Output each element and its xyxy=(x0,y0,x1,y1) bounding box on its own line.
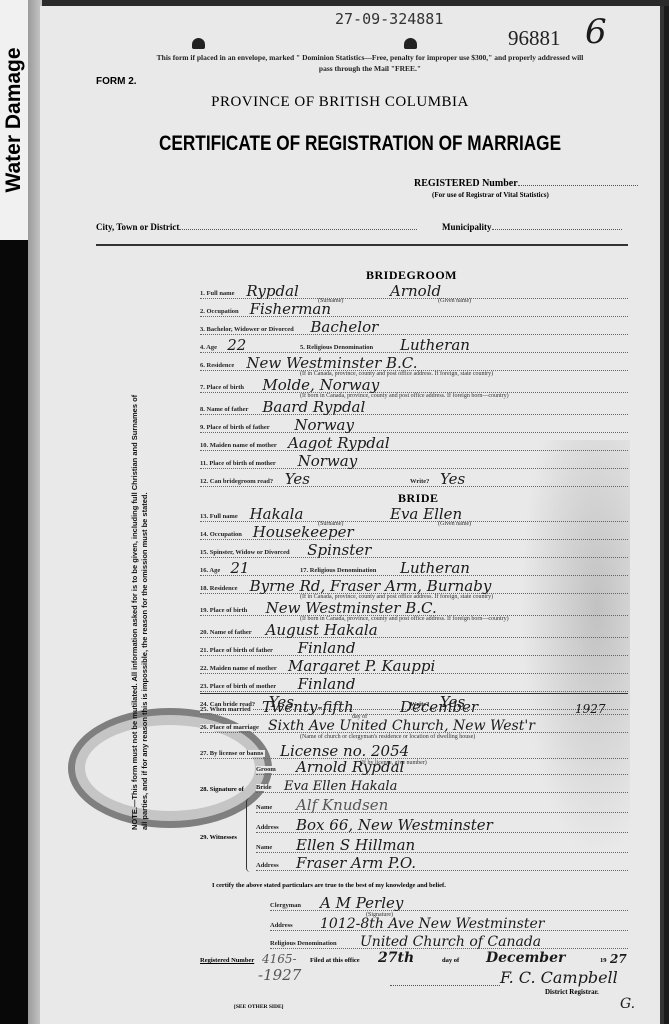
field-value: Baard Rypdal xyxy=(262,398,365,416)
punch-hole-icon xyxy=(192,38,205,49)
bridegroom-field-row: 6. ResidenceNew Westminster B.C.(If in C… xyxy=(200,356,628,371)
bride-signature-row: Bride Eva Ellen Hakala xyxy=(256,778,628,793)
when-day: Twenty-fifth xyxy=(262,698,354,716)
place-of-marriage: Sixth Ave United Church, New West'r xyxy=(268,718,535,734)
certificate-title: CERTIFICATE OF REGISTRATION OF MARRIAGE xyxy=(155,132,565,156)
bridegroom-field-row: 1. Full nameRypdalArnold(Surname)(Given … xyxy=(200,284,628,299)
field-value: Bachelor xyxy=(310,318,378,336)
filed-day: 27th xyxy=(378,950,414,966)
signature-label: 28. Signature of xyxy=(200,786,244,793)
registrar-initial: G. xyxy=(620,996,635,1012)
field-value: Lutheran xyxy=(400,559,470,577)
field-value: Rypdal xyxy=(246,282,298,300)
bride-field-row: 22. Maiden name of motherMargaret P. Kau… xyxy=(200,659,628,674)
bridegroom-field-row: 11. Place of birth of motherNorway xyxy=(200,454,628,469)
groom-signature: Arnold Rypdal xyxy=(296,758,404,776)
field-value: Finland xyxy=(298,675,356,693)
bridegroom-header: BRIDEGROOM xyxy=(366,268,457,283)
field-value: Margaret P. Kauppi xyxy=(288,657,435,675)
filed-year: 27 xyxy=(610,952,627,966)
registered-year: -1927 xyxy=(258,966,301,984)
license-row: 27. By license or banns License no. 2054… xyxy=(200,744,628,759)
bride-field-row: 16. Age2117. Religious DenominationLuthe… xyxy=(200,561,628,576)
bridegroom-field-row: 4. Age225. Religious DenominationLuthera… xyxy=(200,338,628,353)
left-margin xyxy=(0,240,28,1024)
field-value: Yes xyxy=(285,470,310,488)
registered-number-label: REGISTERED Number xyxy=(414,178,638,189)
field-value: New Westminster B.C. xyxy=(246,354,417,372)
witness-brace xyxy=(246,798,253,872)
witness-1-name-row: NameAlf Knudsen xyxy=(256,798,628,813)
mail-notice: This form if placed in an envelope, mark… xyxy=(150,52,590,74)
field-value: Spinster xyxy=(307,541,371,559)
bridegroom-field-row: 9. Place of birth of fatherNorway xyxy=(200,418,628,433)
groom-signature-row: Groom Arnold Rypdal xyxy=(256,760,628,775)
when-year: 1927 xyxy=(575,702,606,716)
bridegroom-field-row: 12. Can bridegroom read?YesWrite?Yes xyxy=(200,472,628,487)
clergyman-row: ClergymanA M Perley(Signature) xyxy=(270,896,628,911)
field-value: Housekeeper xyxy=(253,523,354,541)
bride-field-row: 14. OccupationHousekeeper xyxy=(200,525,628,540)
when-month: December xyxy=(400,698,478,716)
see-other-side: [SEE OTHER SIDE] xyxy=(234,1004,284,1010)
bridegroom-field-row: 8. Name of fatherBaard Rypdal xyxy=(200,400,628,415)
certification-statement: I certify the above stated particulars a… xyxy=(212,882,446,889)
bride-field-row: 13. Full nameHakalaEva Ellen(Surname)(Gi… xyxy=(200,507,628,522)
bridegroom-field-row: 3. Bachelor, Widower or DivorcedBachelor xyxy=(200,320,628,335)
water-damage-text: Water Damage xyxy=(2,47,26,192)
registered-number: 4165- xyxy=(262,952,297,966)
field-value: 21 xyxy=(230,559,249,577)
bride-field-row: 18. ResidenceByrne Rd, Fraser Arm, Burna… xyxy=(200,579,628,594)
province-heading: PROVINCE OF BRITISH COLUMBIA xyxy=(150,94,530,111)
form-label: FORM 2. xyxy=(96,76,137,87)
place-of-marriage-row: 26. Place of marriage Sixth Ave United C… xyxy=(200,718,628,733)
registrar-line xyxy=(390,985,500,986)
field-value: Fisherman xyxy=(250,300,331,318)
registered-number-note: (For use of Registrar of Vital Statistic… xyxy=(432,191,549,199)
registrar-signature: F. C. Campbell xyxy=(500,968,618,987)
bridegroom-field-row: 2. OccupationFisherman xyxy=(200,302,628,317)
bride-field-row: 21. Place of birth of fatherFinland xyxy=(200,641,628,656)
bride-field-row: 20. Name of fatherAugust Hakala xyxy=(200,623,628,638)
filed-month: December xyxy=(486,950,565,966)
divider xyxy=(96,244,628,246)
when-married-row: 25. When married Twenty-fifth day of Dec… xyxy=(200,700,628,715)
bride-field-row: 23. Place of birth of motherFinland xyxy=(200,677,628,692)
clergy-address-row: Address1012-8th Ave New Westminster xyxy=(270,916,628,931)
registrar-label: District Registrar. xyxy=(545,988,599,996)
side-note: NOTE.—This form must not be mutilated. A… xyxy=(100,390,180,830)
divider xyxy=(200,693,628,694)
municipality-field: Municipality xyxy=(442,222,622,232)
bride-field-row: 15. Spinster, Widow or DivorcedSpinster xyxy=(200,543,628,558)
field-value: Finland xyxy=(298,639,356,657)
bridegroom-field-row: 10. Maiden name of motherAagot Rypdal xyxy=(200,436,628,451)
witness-2-name-row: NameEllen S Hillman xyxy=(256,838,628,853)
witness-1-address-row: AddressBox 66, New Westminster xyxy=(256,818,628,833)
bride-field-row: 19. Place of birthNew Westminster B.C.(I… xyxy=(200,601,628,616)
bridegroom-field-row: 7. Place of birthMolde, Norway(If born i… xyxy=(200,378,628,393)
punch-hole-icon xyxy=(404,38,417,49)
bride-signature: Eva Ellen Hakala xyxy=(284,779,397,794)
reference-number: 27-09-324881 xyxy=(335,10,443,28)
corner-mark: 6 xyxy=(585,12,607,52)
field-value: Byrne Rd, Fraser Arm, Burnaby xyxy=(250,577,492,595)
field-value: New Westminster B.C. xyxy=(266,599,437,617)
field-value: Yes xyxy=(440,470,465,488)
field-value: Arnold xyxy=(390,282,441,300)
filing-row: Registered Number 4165- Filed at this of… xyxy=(200,952,628,966)
city-field: City, Town or District xyxy=(96,222,417,232)
water-damage-label: Water Damage xyxy=(0,0,28,240)
field-value: 22 xyxy=(227,336,246,354)
file-number: 96881 xyxy=(508,26,561,51)
bride-header: BRIDE xyxy=(398,491,439,506)
field-value: Norway xyxy=(294,416,354,434)
field-value: Norway xyxy=(298,452,358,470)
field-value: August Hakala xyxy=(266,621,378,639)
witnesses-label: 29. Witnesses xyxy=(200,834,237,841)
witness-2-address-row: AddressFraser Arm P.O. xyxy=(256,856,628,871)
field-value: Hakala xyxy=(250,505,304,523)
field-value: Lutheran xyxy=(400,336,470,354)
field-value: Aagot Rypdal xyxy=(288,434,390,452)
denomination-row: Religious DenominationUnited Church of C… xyxy=(270,934,628,949)
field-value: Molde, Norway xyxy=(262,376,379,394)
